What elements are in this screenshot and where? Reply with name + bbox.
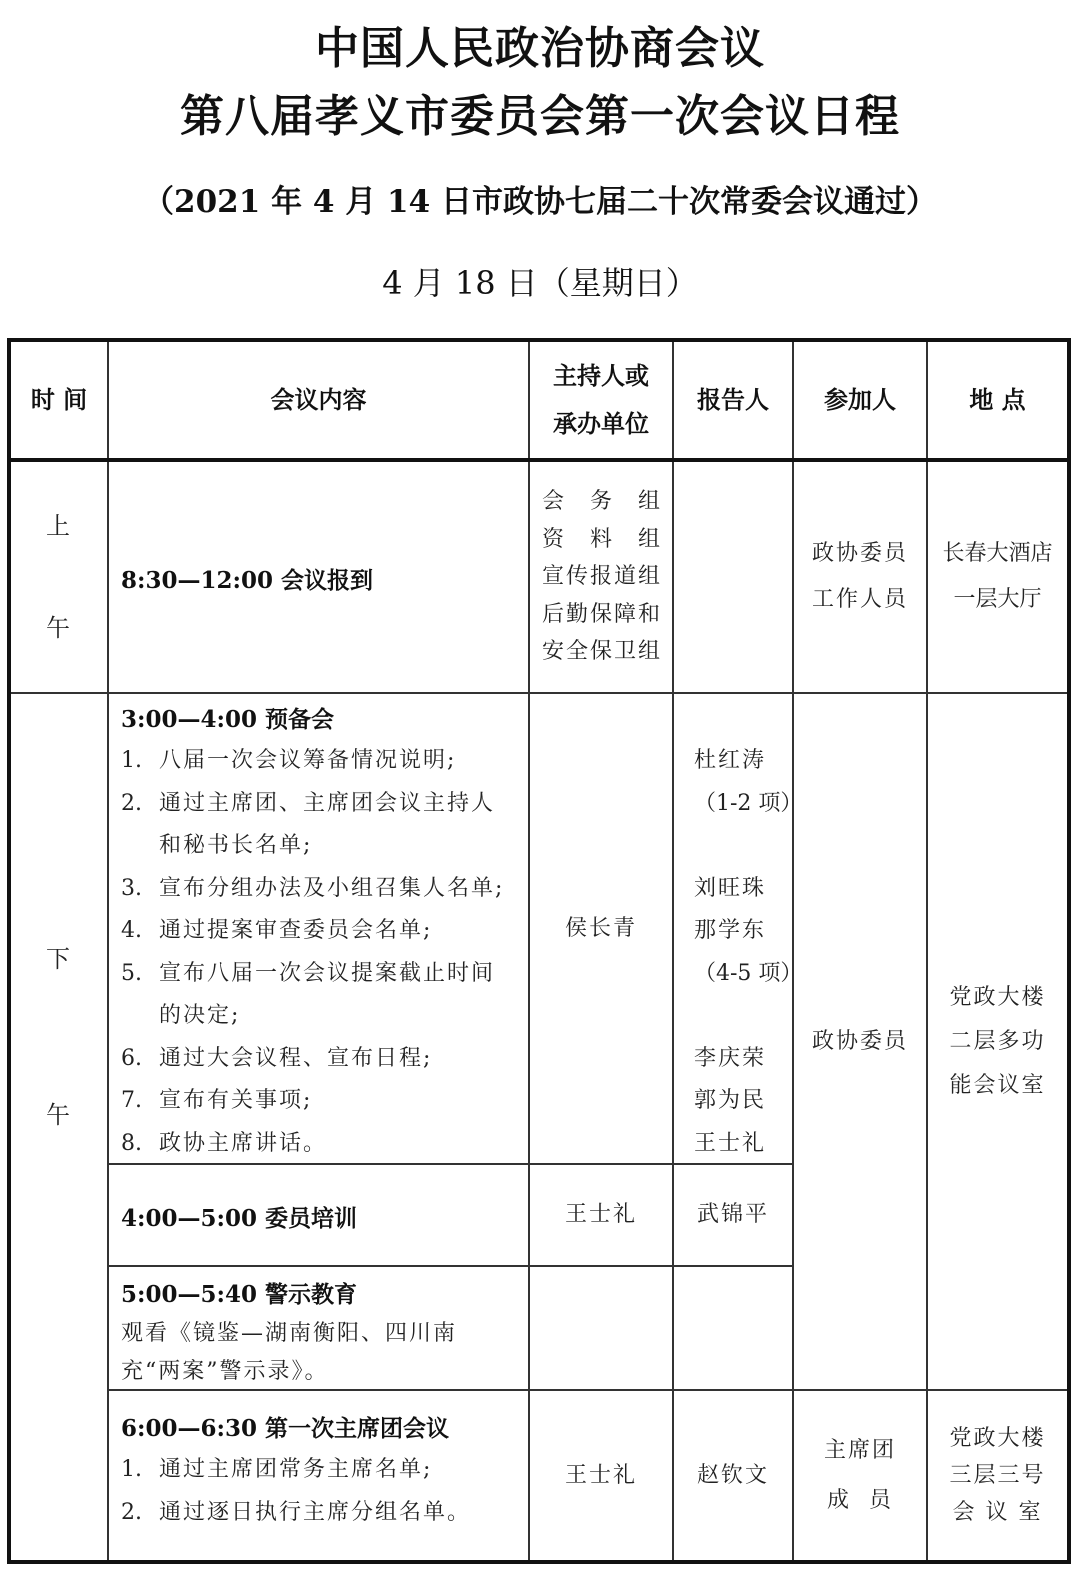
host-name: 王士礼 xyxy=(565,1458,637,1493)
reporter-name: 武锦平 xyxy=(697,1197,769,1232)
host-presidium-meeting: 王士礼 xyxy=(530,1391,672,1560)
agenda-item: 1.通过主席团常务主席名单; xyxy=(121,1449,432,1492)
location-registration: 长春大酒店 一层大厅 xyxy=(928,462,1067,692)
participants-text: 政协委员 xyxy=(812,1024,908,1059)
reporters-preparatory-meeting: 杜红涛 （1-2 项） 刘旺珠 那学东 （4-5 项） 李庆荣 郭为民 王士礼 xyxy=(674,694,792,1163)
document-title-line2: 第八届孝义市委员会第一次会议日程 xyxy=(0,80,1080,144)
header-participants: 参加人 xyxy=(794,342,926,458)
period-char: 午 xyxy=(46,605,72,651)
location-line: 一层大厅 xyxy=(953,577,1041,623)
header-host-line2: 承办单位 xyxy=(553,400,649,448)
agenda-item: 8.政协主席讲话。 xyxy=(121,1123,327,1166)
host-registration: 会 务 组 资 料 组 宣传报道组 后勤保障和 安全保卫组 xyxy=(530,462,672,692)
location-line: 会 议 室 xyxy=(952,1494,1042,1531)
host-preparatory-meeting: 侯长青 xyxy=(530,694,672,1163)
location-presidium-meeting: 党政大楼 三层三号 会 议 室 xyxy=(928,1391,1067,1560)
reporter-line: （4-5 项） xyxy=(694,953,792,996)
host-member-training: 王士礼 xyxy=(530,1165,672,1265)
header-content: 会议内容 xyxy=(109,342,528,458)
participants-afternoon: 政协委员 xyxy=(794,694,926,1389)
host-name: 王士礼 xyxy=(565,1197,637,1232)
period-morning: 上 午 xyxy=(11,462,107,692)
reporter-warning-education xyxy=(674,1267,792,1389)
reporter-registration xyxy=(674,462,792,692)
agenda-item: 2.通过逐日执行主席分组名单。 xyxy=(121,1492,471,1535)
reporter-presidium-meeting: 赵钦文 xyxy=(674,1391,792,1560)
host-line: 宣传报道组 xyxy=(542,558,660,596)
participants-line: 主席团 xyxy=(824,1428,896,1474)
period-char: 午 xyxy=(46,1092,72,1138)
location-line: 长春大酒店 xyxy=(942,531,1052,577)
participants-presidium-meeting: 主席团 成 员 xyxy=(794,1391,926,1560)
header-time: 时 间 xyxy=(11,342,107,458)
reporter-line: 郭为民 xyxy=(694,1080,766,1123)
location-line: 党政大楼 xyxy=(949,1420,1045,1457)
host-line: 资 料 组 xyxy=(542,521,660,559)
agenda-item: 6.通过大会议程、宣布日程; xyxy=(121,1038,432,1081)
agenda-item: 5.宣布八届一次会议提案截止时间的决定; xyxy=(121,953,518,1038)
agenda-title: 3:00—4:00 预备会 xyxy=(121,700,334,740)
location-line: 党政大楼 xyxy=(949,976,1045,1020)
agenda-warning-education: 5:00—5:40 警示教育 观看《镜鉴—湖南衡阳、四川南充“两案”警示录》。 xyxy=(109,1267,528,1389)
period-char: 上 xyxy=(46,503,72,549)
reporter-member-training: 武锦平 xyxy=(674,1165,792,1265)
agenda-title: 4:00—5:00 委员培训 xyxy=(121,1199,357,1239)
location-line: 三层三号 xyxy=(949,1457,1045,1494)
participants-line: 工作人员 xyxy=(812,577,908,623)
agenda-item: 4.通过提案审查委员会名单; xyxy=(121,910,432,953)
agenda-title: 6:00—6:30 第一次主席团会议 xyxy=(121,1409,449,1449)
header-host: 主持人或 承办单位 xyxy=(530,342,672,458)
agenda-title: 5:00—5:40 警示教育 xyxy=(121,1275,357,1315)
document-title-line1: 中国人民政治协商会议 xyxy=(0,12,1080,76)
location-line: 二层多功 xyxy=(949,1020,1045,1064)
participants-line: 政协委员 xyxy=(812,531,908,577)
reporter-line: （1-2 项） xyxy=(694,783,792,826)
period-char: 下 xyxy=(46,936,72,982)
schedule-table: 时 间 会议内容 主持人或 承办单位 报告人 参加人 地 点 上 午 8:30—… xyxy=(7,338,1071,1564)
agenda-preparatory-meeting: 3:00—4:00 预备会 1.八届一次会议筹备情况说明; 2.通过主席团、主席… xyxy=(109,694,528,1163)
agenda-member-training: 4:00—5:00 委员培训 xyxy=(109,1165,528,1265)
schedule-date: 4 月 18 日（星期日） xyxy=(0,258,1080,304)
period-afternoon: 下 午 xyxy=(11,694,107,1560)
agenda-description: 观看《镜鉴—湖南衡阳、四川南充“两案”警示录》。 xyxy=(121,1315,518,1391)
reporter-line: 王士礼 xyxy=(694,1123,766,1166)
reporter-name: 赵钦文 xyxy=(697,1458,769,1493)
host-line: 安全保卫组 xyxy=(542,633,660,671)
agenda-item: 7.宣布有关事项; xyxy=(121,1080,312,1123)
header-reporter: 报告人 xyxy=(674,342,792,458)
agenda-title: 8:30—12:00 会议报到 xyxy=(121,561,373,601)
host-name: 侯长青 xyxy=(565,911,637,946)
host-warning-education xyxy=(530,1267,672,1389)
host-line: 后勤保障和 xyxy=(542,596,660,634)
header-host-line1: 主持人或 xyxy=(553,352,649,400)
agenda-item: 3.宣布分组办法及小组召集人名单; xyxy=(121,868,504,911)
host-line: 会 务 组 xyxy=(542,483,660,521)
reporter-line: 刘旺珠 xyxy=(694,868,766,911)
agenda-item: 2.通过主席团、主席团会议主持人和秘书长名单; xyxy=(121,783,518,868)
approval-note: （2021 年 4 月 14 日市政协七届二十次常委会议通过） xyxy=(0,176,1080,221)
agenda-presidium-meeting: 6:00—6:30 第一次主席团会议 1.通过主席团常务主席名单; 2.通过逐日… xyxy=(109,1391,528,1560)
participants-registration: 政协委员 工作人员 xyxy=(794,462,926,692)
header-location: 地 点 xyxy=(928,342,1067,458)
location-line: 能会议室 xyxy=(949,1064,1045,1108)
agenda-registration: 8:30—12:00 会议报到 xyxy=(109,462,528,692)
reporter-line: 李庆荣 xyxy=(694,1038,766,1081)
reporter-line: 杜红涛 xyxy=(694,740,766,783)
location-afternoon: 党政大楼 二层多功 能会议室 xyxy=(928,694,1067,1389)
agenda-item: 1.八届一次会议筹备情况说明; xyxy=(121,740,456,783)
reporter-line: 那学东 xyxy=(694,910,766,953)
participants-line: 成 员 xyxy=(827,1478,893,1524)
